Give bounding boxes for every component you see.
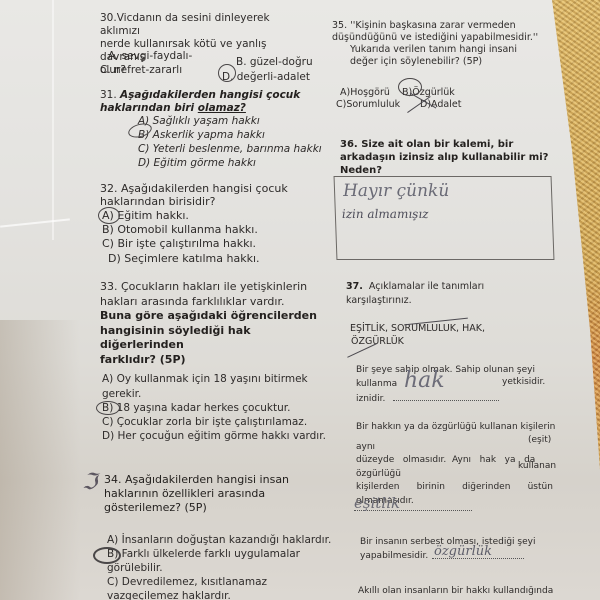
quote-text: ''Kişinin başkasına zarar vermeden düşün… bbox=[332, 20, 538, 43]
definition-text: aynı bbox=[356, 441, 375, 454]
option-b-cont: görülebilir. bbox=[107, 562, 163, 575]
answer-circle-mark bbox=[96, 401, 120, 415]
handwritten-answer: Hayır çünkü bbox=[343, 181, 450, 201]
answer-circle-mark bbox=[98, 207, 120, 224]
option-b: B) 18 yaşına kadar herkes çocuktur. bbox=[102, 402, 290, 415]
question-stem: Çocukların hakları ile yetişkinlerin hak… bbox=[100, 280, 307, 308]
option-c: C) Yeterli beslenme, barınma hakkı bbox=[138, 143, 322, 156]
option-c: C) Çocuklar zorla bir işte çalıştırılama… bbox=[102, 416, 307, 429]
question-32: 32. Aşağıdakilerden hangisi çocuk haklar… bbox=[100, 182, 310, 208]
question-number: 37. bbox=[346, 281, 363, 292]
worksheet-paper: 30.Vicdanın da sesini dinleyerek aklımız… bbox=[0, 0, 600, 600]
question-number: 32. bbox=[100, 182, 118, 195]
question-31: 31. Aşağıdakilerden hangisi çocuk haklar… bbox=[100, 89, 320, 115]
question-stem: Aşağıdakilerden hangisi insan haklarının… bbox=[104, 473, 289, 514]
option-b: B) Farklı ülkelerde farklı uygulamalar bbox=[107, 548, 300, 561]
paper-shadow bbox=[0, 320, 80, 600]
question-stem: haklarından biri bbox=[100, 102, 198, 114]
question-number: 34. bbox=[104, 473, 122, 486]
definition-text: (eşit) bbox=[528, 434, 551, 447]
definition-text: Bir hakkın ya da özgürlüğü kullanan kişi… bbox=[356, 421, 555, 434]
question-34: 34. Aşağıdakilerden hangisi insan haklar… bbox=[104, 473, 324, 515]
option-a-cont: gerekir. bbox=[102, 388, 141, 401]
option-d: D) Seçimlere katılma hakkı. bbox=[108, 252, 260, 265]
definition-text: kullanan bbox=[518, 460, 556, 473]
question-37: 37. Açıklamalar ile tanımları karşılaştı… bbox=[346, 280, 556, 308]
definition-text: kişilerden birinin diğerinden üstün bbox=[356, 481, 553, 494]
definition-text: kullanma bbox=[356, 378, 397, 391]
definition-text: iznidir. bbox=[356, 393, 385, 406]
question-stem: Aşağıdakilerden hangisi çocuk bbox=[120, 89, 300, 101]
answer-circle-mark bbox=[93, 547, 121, 564]
answer-blank bbox=[393, 400, 499, 401]
question-number: 35. bbox=[332, 20, 347, 31]
question-number: 30. bbox=[100, 12, 117, 24]
definition-text: düzeyde olmasıdır. Aynı hak ya da bbox=[356, 454, 535, 467]
paper-crease bbox=[52, 0, 54, 240]
question-number: 33. bbox=[100, 280, 118, 293]
question-35: 35. ''Kişinin başkasına zarar vermeden d… bbox=[332, 20, 552, 68]
option-d: D) Her çocuğun eğitim görme hakkı vardır… bbox=[102, 430, 326, 443]
question-stem: Aşağıdakilerden hangisi çocuk haklarında… bbox=[100, 182, 288, 208]
option-c: C)Sorumluluk bbox=[336, 98, 400, 111]
question-stem: Size ait olan bir kalemi, bir arkadaşın … bbox=[340, 139, 548, 176]
handwritten-answer: hak bbox=[404, 368, 445, 393]
answer-box: Hayır çünkü izin almamışız bbox=[334, 176, 555, 260]
option-c: C. nefret-zararlı bbox=[100, 64, 182, 77]
question-stem: Açıklamalar ile tanımları karşılaştırını… bbox=[346, 281, 484, 306]
option-b: B) Askerlik yapma hakkı bbox=[138, 129, 265, 142]
terms-list: ÖZGÜRLÜK bbox=[351, 335, 404, 348]
option-c: C) Bir işte çalıştırılma hakkı. bbox=[102, 237, 256, 250]
question-36: 36. Size ait olan bir kalemi, bir arkada… bbox=[340, 138, 560, 177]
option-a: A) Sağlıklı yaşam hakkı bbox=[138, 115, 260, 128]
definition-text: özgürlüğü bbox=[356, 468, 401, 481]
definition-text: Akıllı olan insanların bir hakkı kulland… bbox=[358, 585, 553, 598]
option-a: A. sevgi-faydalı- bbox=[108, 50, 192, 63]
question-number: 36. bbox=[340, 139, 358, 150]
option-a: A) İnsanların doğuştan kazandığı haklard… bbox=[107, 534, 331, 547]
handwritten-answer: izin almamışız bbox=[342, 207, 429, 221]
emphasis-word: olamaz? bbox=[198, 102, 246, 114]
definition-text: yapabilmesidir. bbox=[360, 550, 428, 563]
question-stem-bold: Buna göre aşağıdaki öğrencilerden hangis… bbox=[100, 309, 320, 367]
definition-text: yetkisidir. bbox=[502, 376, 545, 389]
option-c-cont: vazgeçilemez haklardır. bbox=[107, 590, 231, 600]
answer-circle-mark bbox=[218, 64, 236, 82]
option-b: B) Otomobil kullanma hakkı. bbox=[102, 223, 258, 236]
handwritten-mark: ℑ bbox=[82, 470, 97, 495]
option-d: D) Eğitim görme hakkı bbox=[138, 157, 256, 170]
option-a: A) Oy kullanmak için 18 yaşını bitirmek bbox=[102, 373, 308, 386]
paper-crease bbox=[0, 218, 70, 227]
question-stem: Yukarıda verilen tanım hangi insani değe… bbox=[332, 44, 552, 68]
handwritten-answer: eşitlik bbox=[354, 494, 400, 512]
option-c: C) Devredilemez, kısıtlanamaz bbox=[107, 576, 267, 589]
option-b: B. güzel-doğru bbox=[236, 56, 313, 69]
handwritten-answer: özgürlük bbox=[434, 544, 492, 559]
question-33: 33. Çocukların hakları ile yetişkinlerin… bbox=[100, 280, 320, 367]
question-number: 31. bbox=[100, 89, 117, 101]
